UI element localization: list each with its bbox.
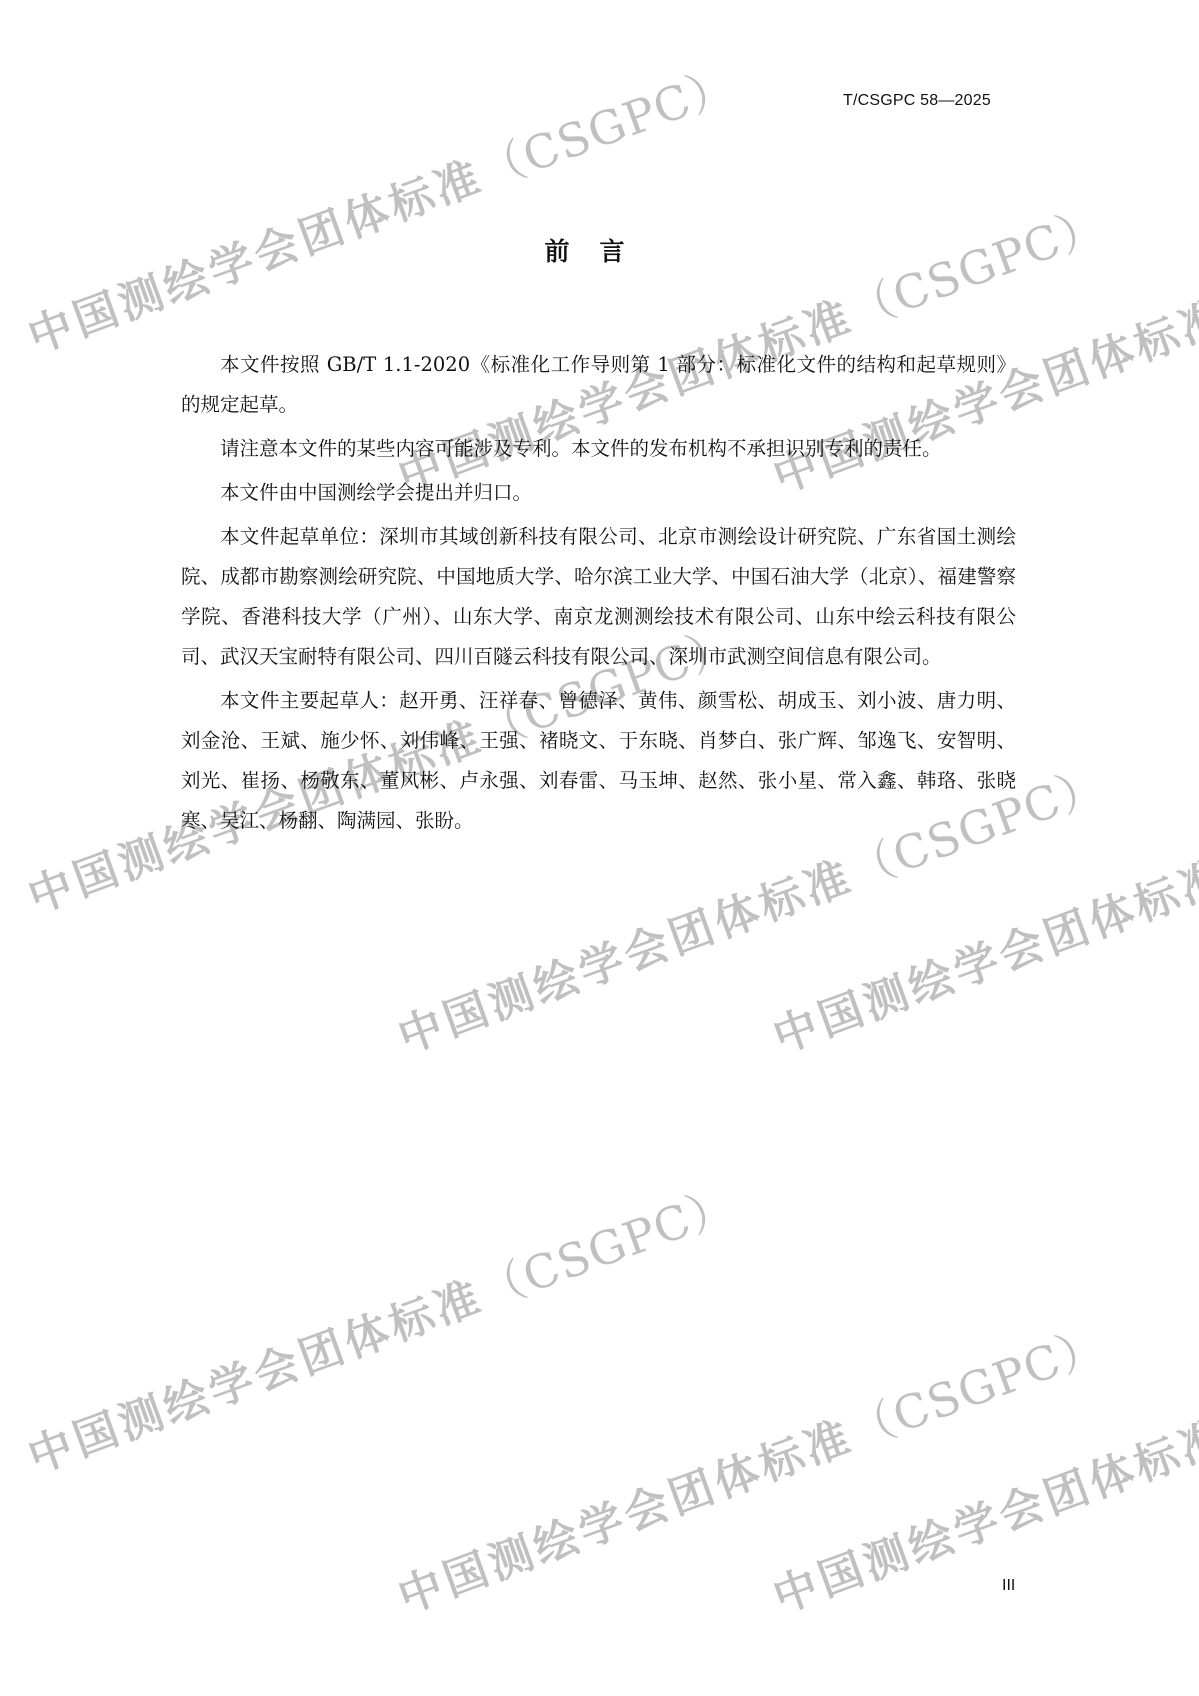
document-page: 中国测绘学会团体标准（CSGPC） 中国测绘学会团体标准（CSGPC） 中国测绘… <box>0 0 1199 1696</box>
page-title: 前言 <box>0 232 1199 268</box>
paragraph-drafting-rules: 本文件按照 GB/T 1.1-2020《标准化工作导则第 1 部分：标准化文件的… <box>181 345 1016 425</box>
watermark: 中国测绘学会团体标准（CSGPC） <box>762 1308 1199 1626</box>
watermark: 中国测绘学会团体标准（CSGPC） <box>17 1168 743 1486</box>
watermark: 中国测绘学会团体标准（CSGPC） <box>17 48 743 366</box>
foreword-body: 本文件按照 GB/T 1.1-2020《标准化工作导则第 1 部分：标准化文件的… <box>181 345 1016 845</box>
page-number: III <box>1002 1577 1015 1595</box>
paragraph-patent-notice: 请注意本文件的某些内容可能涉及专利。本文件的发布机构不承担识别专利的责任。 <box>181 429 1016 469</box>
paragraph-drafters: 本文件主要起草人：赵开勇、汪祥春、曾德泽、黄伟、颜雪松、胡成玉、刘小波、唐力明、… <box>181 681 1016 841</box>
paragraph-proposer: 本文件由中国测绘学会提出并归口。 <box>181 473 1016 513</box>
paragraph-drafting-units: 本文件起草单位：深圳市其域创新科技有限公司、北京市测绘设计研究院、广东省国土测绘… <box>181 517 1016 677</box>
standard-code: T/CSGPC 58—2025 <box>843 92 991 110</box>
